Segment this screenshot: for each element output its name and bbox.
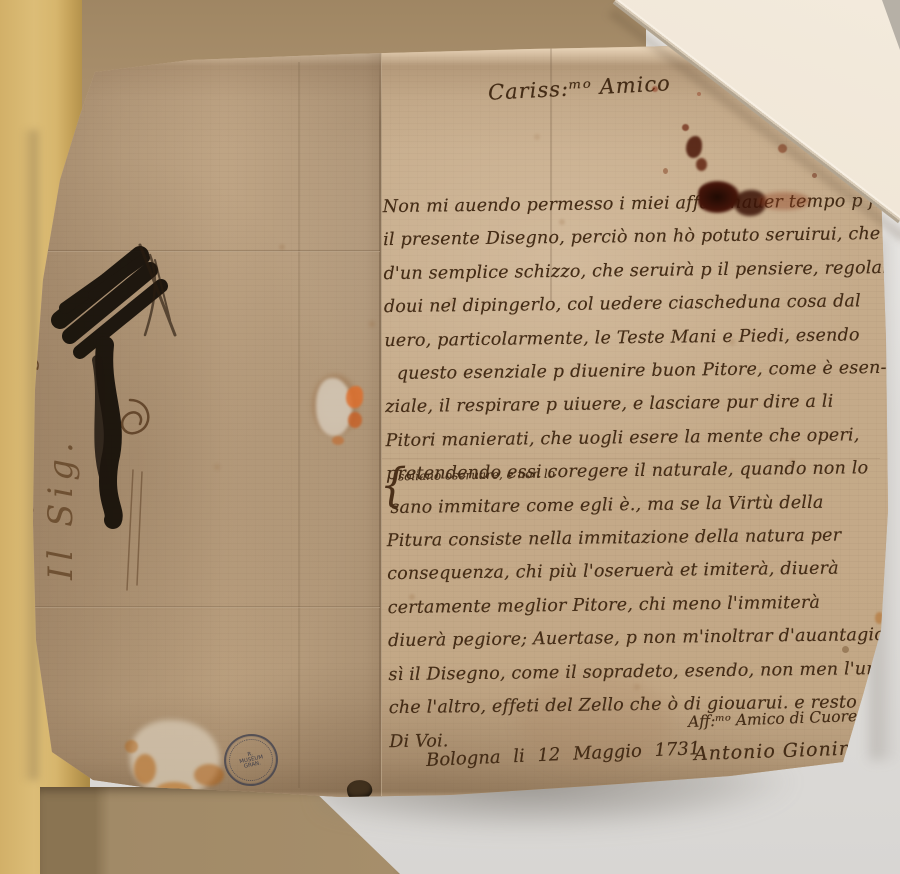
ink-speck <box>663 168 668 174</box>
wax-spot <box>346 386 363 408</box>
seal-stain <box>125 740 138 753</box>
letter-body-line: doui nel dipingerlo, col uedere ciasched… <box>384 285 890 325</box>
ink-blot-stain <box>686 136 702 158</box>
seal-stain <box>134 754 156 784</box>
ink-speck <box>652 86 658 92</box>
damage-patch <box>316 378 352 436</box>
letter-sheet: Al Molto Ill.ᵉ Sig.ᵉ Sig.ᵉ P.ron Sing.ᵐᵒ… <box>30 40 888 802</box>
edge-stain <box>842 646 849 653</box>
wax-spot <box>348 412 362 428</box>
ink-blot-stain <box>682 124 689 131</box>
interlinear-note: soliano oseruare, e non lo <box>398 467 555 484</box>
crease-vertical-3 <box>298 62 300 788</box>
ink-scribble <box>45 160 195 610</box>
insertion-brace: { <box>380 458 407 512</box>
ink-blot-smear <box>758 192 810 210</box>
photograph-of-letter: Al Molto Ill.ᵉ Sig.ᵉ Sig.ᵉ P.ron Sing.ᵐᵒ… <box>0 0 900 874</box>
fold-crease-vertical <box>379 48 382 796</box>
seal-stain <box>194 764 224 786</box>
wax-spot <box>332 436 344 445</box>
ink-blot-stain <box>696 158 707 171</box>
ink-speck <box>697 92 701 96</box>
